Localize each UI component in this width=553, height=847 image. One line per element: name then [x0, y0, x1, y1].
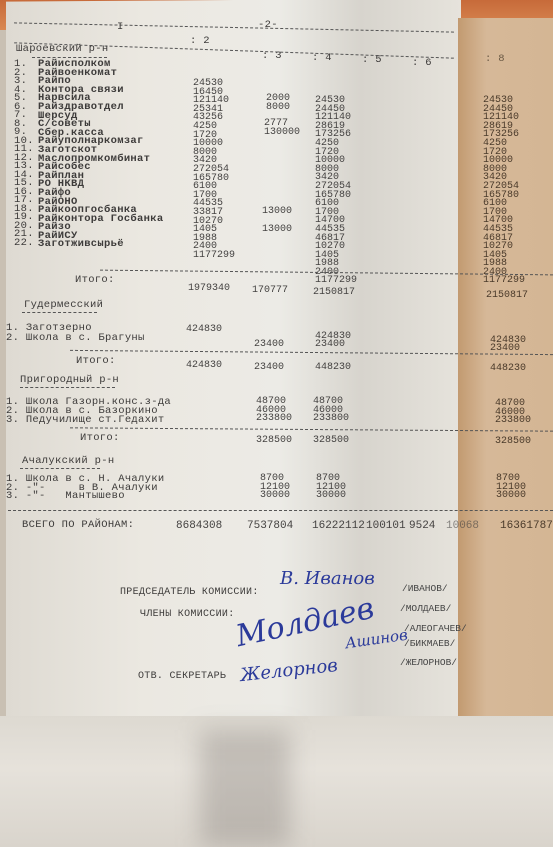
section-2-names: 1. Заготзерно 2. Школа в с. Брагуны	[6, 323, 145, 343]
members-label: ЧЛЕНЫ КОМИССИИ:	[140, 610, 235, 620]
col-4-values: 24530 24450 121140 28619 173256 4250 172…	[315, 97, 357, 286]
section-4-c3-values: 8700 12100 30000	[260, 475, 290, 501]
col-3-values-d: 13000	[262, 226, 292, 235]
section-3-c4-values: 48700 46000 233800	[313, 398, 349, 424]
col-1-header: I	[117, 22, 124, 32]
grand-total-c5: 100101	[366, 522, 406, 531]
name-ivanov: /ИВАНОВ/	[402, 583, 448, 594]
row-numbers: 1. 2. 3. 4. 5. 6. 7. 8. 9. 10. 11. 12. 1…	[14, 60, 34, 247]
section-title: Шароевский р-н	[16, 44, 108, 54]
grand-total-c7: 10068	[446, 522, 479, 531]
section-3-total-c4: 328500	[313, 437, 349, 446]
row-names: Райисполком Райвоенкомат Райпо Контора с…	[38, 60, 163, 249]
section-3-total-label: Итого:	[80, 433, 120, 443]
section-title: Гудермесский	[24, 300, 103, 310]
section-2-total-c8: 448230	[490, 365, 526, 374]
grand-total-c2: 8684308	[176, 522, 222, 531]
section-1-total-c3: 170777	[252, 287, 288, 296]
name-bikmaev: /БИКМАЕВ/	[404, 638, 455, 649]
col-3-values-c: 13000	[262, 208, 292, 217]
col-5-header: : 5	[362, 55, 382, 65]
section-3-c8-values: 48700 46000 233800	[495, 400, 531, 426]
name-aleogachev: /АЛЕОГАЧЕВ/	[404, 623, 467, 634]
shadow	[200, 730, 290, 847]
col-8-values: 24530 24450 121140 28619 173256 4250 172…	[483, 97, 525, 286]
col-4-header: : 4	[312, 53, 332, 63]
grand-total-c3: 7537804	[247, 522, 293, 531]
section-3-c3-values: 48700 46000 233800	[256, 398, 292, 424]
signature-chairman: В. Иванов	[280, 568, 375, 589]
section-4-c4-values: 8700 12100 30000	[316, 475, 346, 501]
section-underline	[20, 468, 100, 469]
section-4-names: 1. Школа в с. Н. Ачалуки 2. -"- в В. Ача…	[6, 475, 164, 501]
section-2-row-2-c3: 23400	[254, 341, 284, 350]
section-2-row-2-c8: 23400	[490, 345, 520, 354]
grand-total-rule	[8, 510, 553, 511]
col-2-header: : 2	[190, 36, 210, 46]
col-6-header: : 6	[412, 58, 432, 68]
section-underline	[20, 387, 115, 388]
grand-total-c4: 16222112	[312, 522, 365, 531]
section-2-row-1-c2: 424830	[186, 326, 222, 335]
section-1-total-c4: 2150817	[313, 289, 355, 298]
section-3-names: 1. Школа Газорн.конс.з-да 2. Школа в с. …	[6, 398, 171, 425]
grand-total-label: ВСЕГО ПО РАЙОНАМ:	[22, 520, 134, 530]
section-1-total-label: Итого:	[75, 275, 115, 285]
section-2-total-label: Итого:	[76, 356, 116, 366]
chairman-label: ПРЕДСЕДАТЕЛЬ КОМИССИИ:	[120, 588, 259, 598]
col-3-values-a: 2000 8000	[266, 95, 290, 112]
grand-total-c8: 16361787	[500, 522, 553, 531]
section-title: Ачалукский р-н	[22, 456, 114, 466]
section-2-row-2-c4: 23400	[315, 341, 345, 350]
section-title: Пригородный р-н	[20, 375, 119, 385]
name-moldaev: /МОЛДАЕВ/	[400, 603, 451, 614]
section-1-total-c8: 2150817	[486, 292, 528, 301]
col-3-values-b: 2777 130000	[264, 120, 300, 137]
grand-total-c6: 9524	[409, 522, 435, 531]
section-underline	[22, 312, 97, 313]
section-3-total-c3: 328500	[256, 437, 292, 446]
section-2-total-c4: 448230	[315, 364, 351, 373]
name-zhelornov: /ЖЕЛОРНОВ/	[400, 657, 457, 668]
section-3-total-c8: 328500	[495, 438, 531, 447]
col-8-header: : 8	[485, 54, 505, 64]
secretary-label: ОТВ. СЕКРЕТАРЬ	[138, 672, 226, 682]
section-2-total-c2: 424830	[186, 362, 222, 371]
section-2-total-c3: 23400	[254, 364, 284, 373]
page-number: -2-	[258, 20, 278, 30]
section-1-total-c2: 1979340	[188, 285, 230, 294]
col-2-values: 24530 16450 121140 25341 43256 4250 1720…	[193, 80, 235, 260]
section-4-c8-values: 8700 12100 30000	[496, 475, 526, 501]
